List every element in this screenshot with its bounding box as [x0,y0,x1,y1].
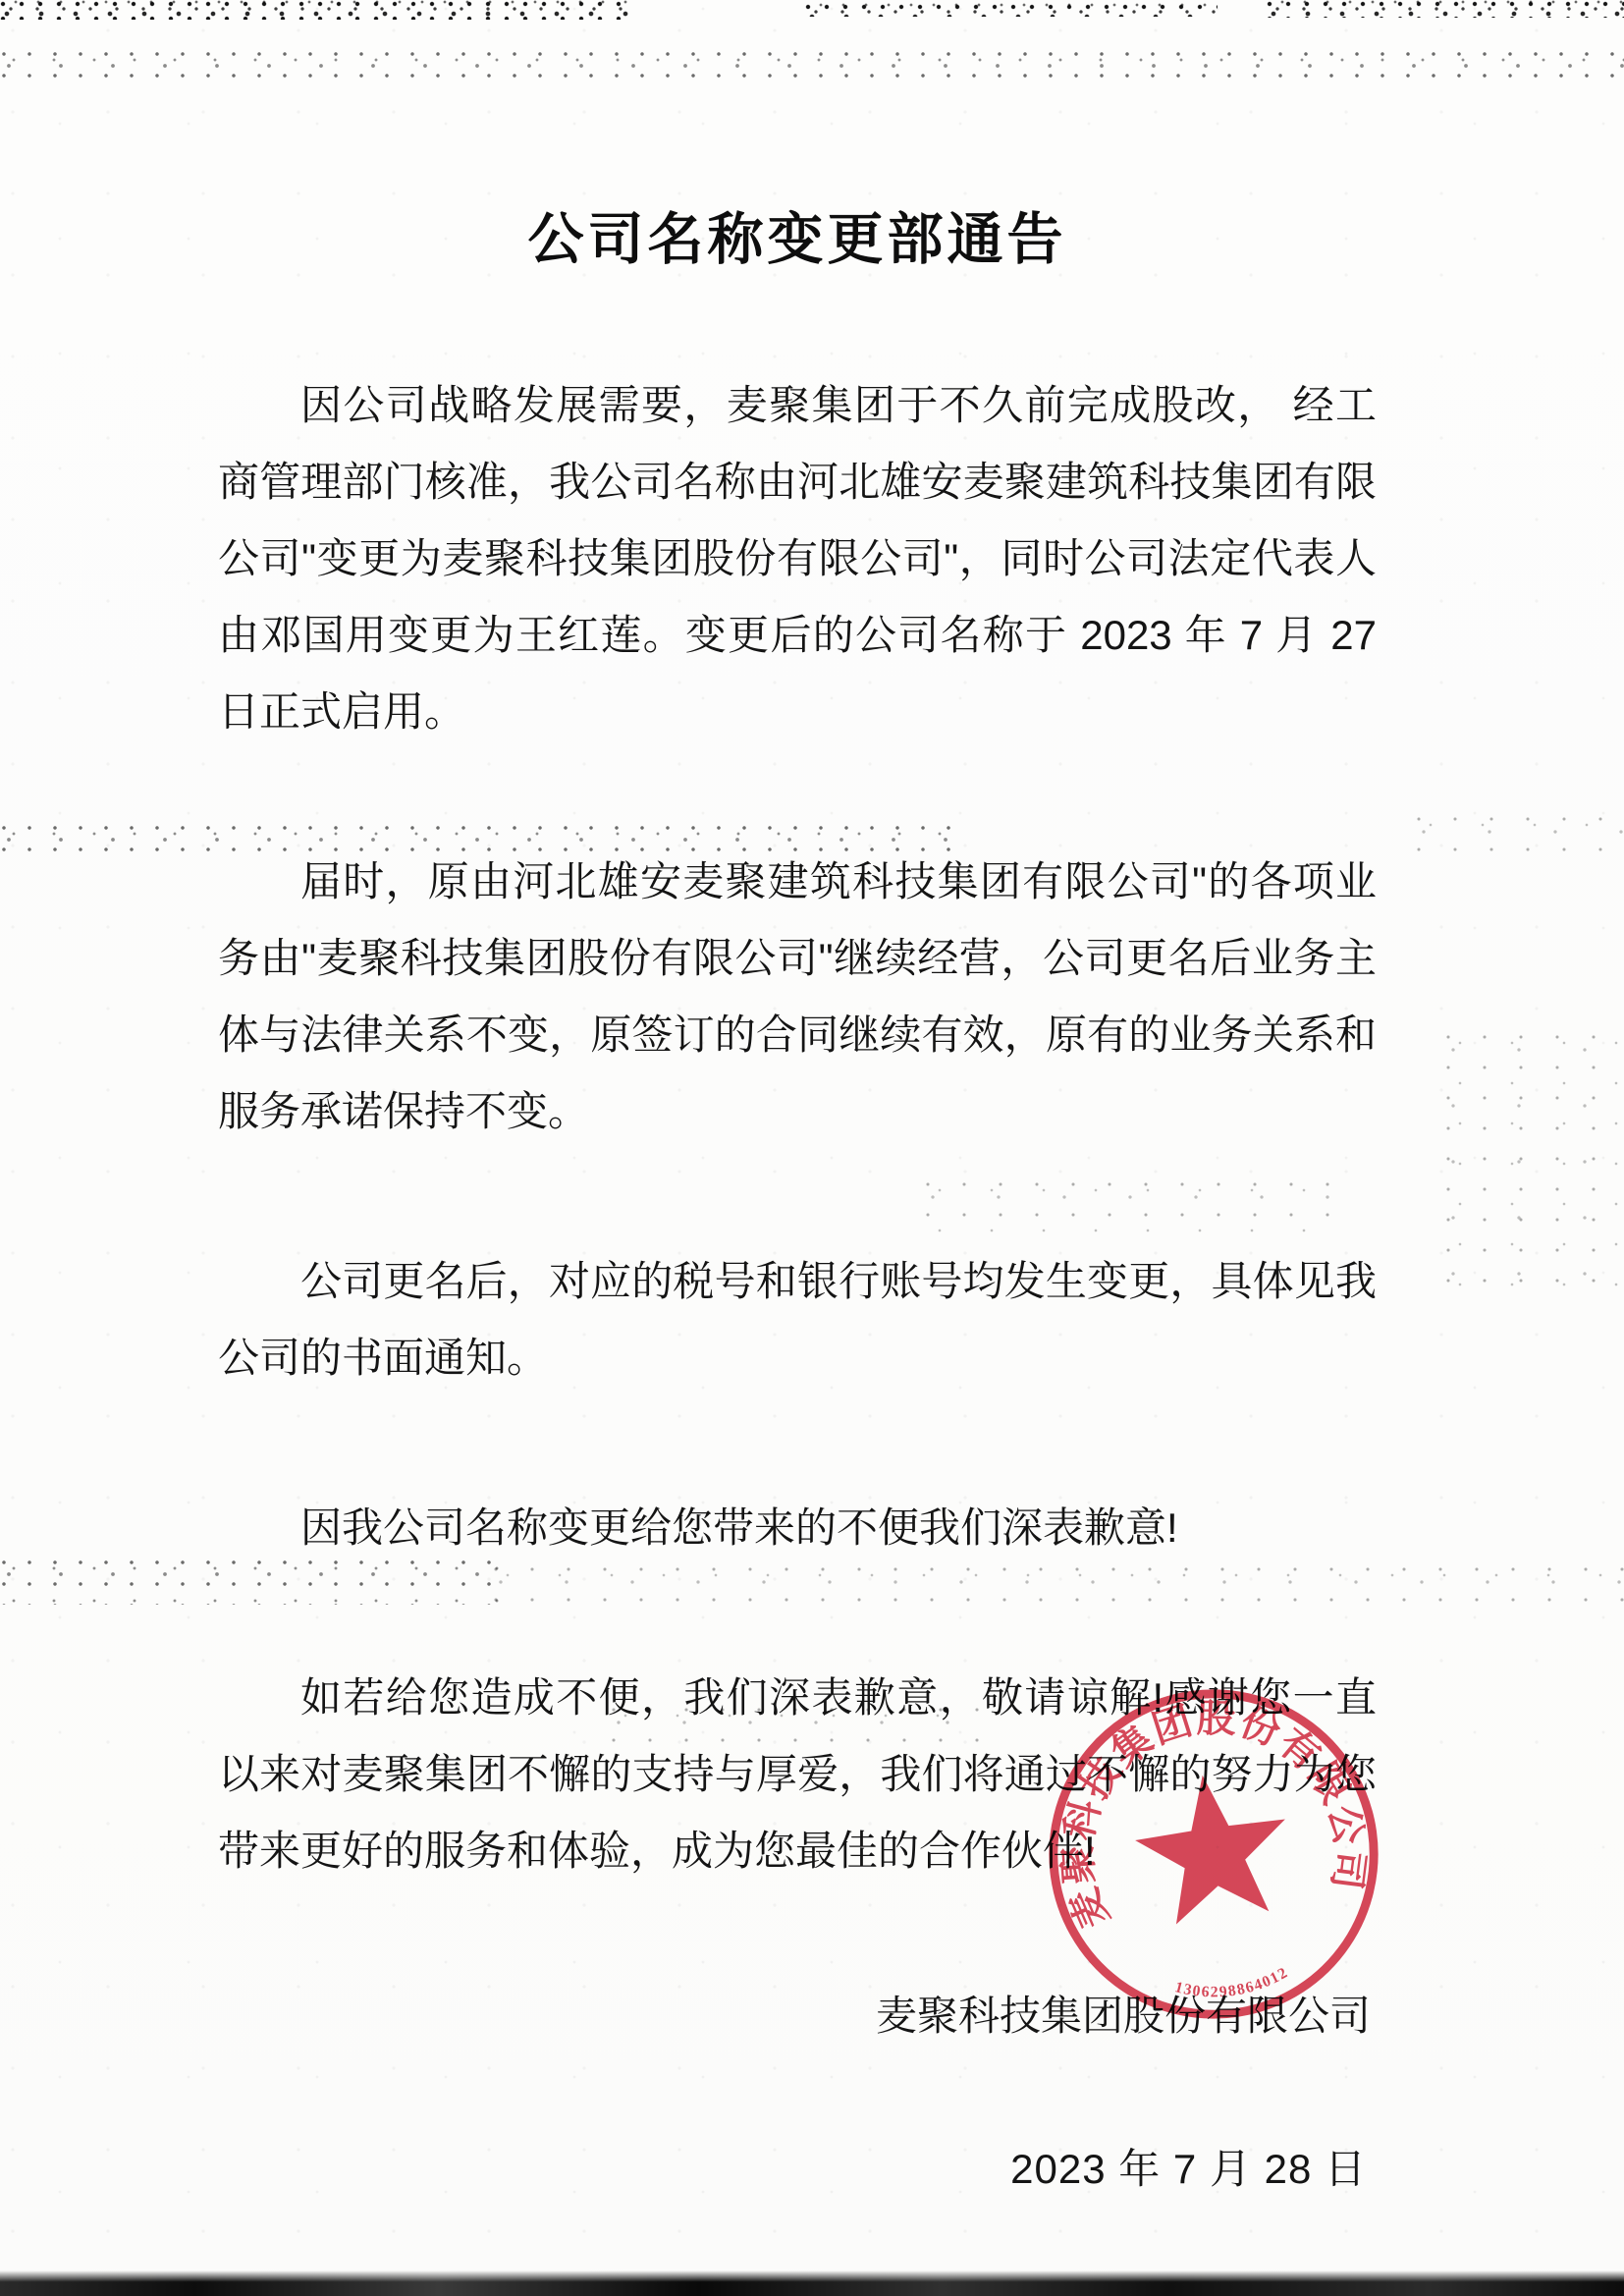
body-paragraph-2: 届时，原由河北雄安麦聚建筑科技集团有限公司"的各项业务由"麦聚科技集团股份有限公… [218,844,1377,1150]
signature-date: 2023 年 7 月 28 日 [218,2131,1377,2208]
scan-edge-bottom-bar [0,2270,1624,2296]
body-paragraph-4: 因我公司名称变更给您带来的不便我们深表歉意! [218,1490,1377,1566]
scan-noise-right-patch [1443,1031,1624,1286]
body-paragraph-3: 公司更名后，对应的税号和银行账号均发生变更，具体见我公司的书面通知。 [218,1243,1377,1396]
notice-title: 公司名称变更部通告 [218,194,1377,275]
seal-star-icon [1127,1765,1297,1929]
company-seal: 麦聚科技集团股份有限公司 1306298864012 [1016,1657,1411,2051]
scan-noise-band-mid-right [1414,813,1624,856]
scanned-document-page: 公司名称变更部通告 因公司战略发展需要，麦聚集团于不久前完成股改， 经工商管理部… [0,0,1624,2296]
body-paragraph-1: 因公司战略发展需要，麦聚集团于不久前完成股改， 经工商管理部门核准，我公司名称由… [218,367,1377,750]
